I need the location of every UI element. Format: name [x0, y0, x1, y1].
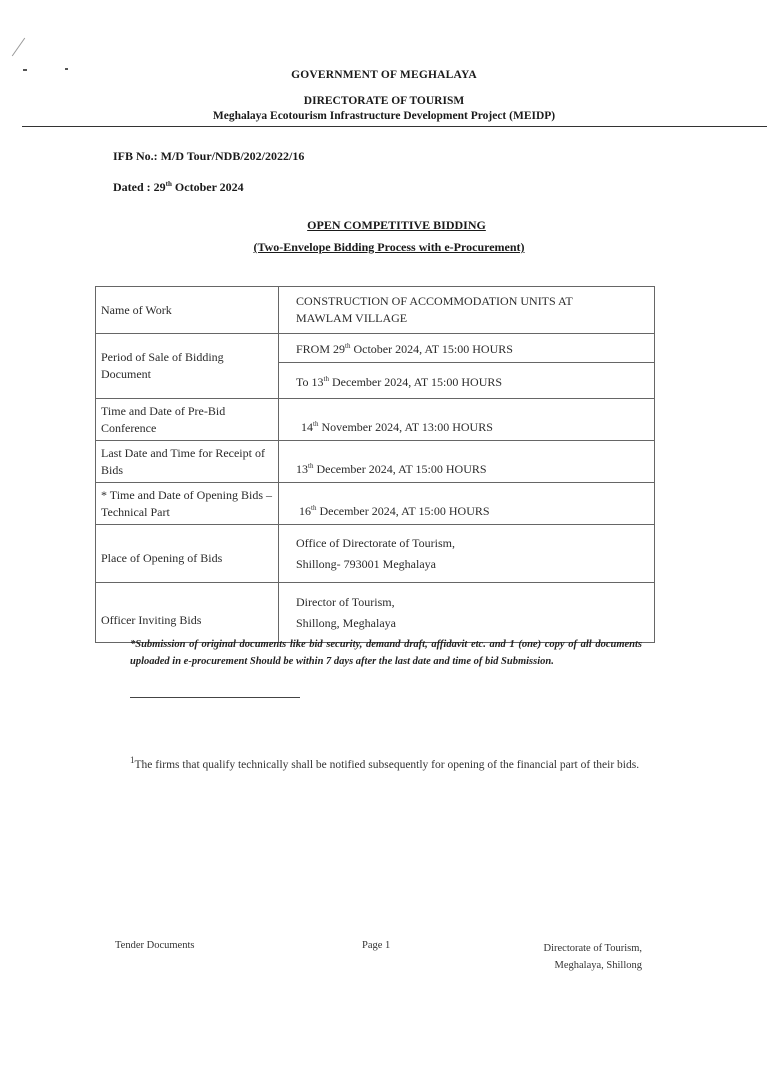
header-divider [22, 126, 767, 127]
table-row: Place of Opening of Bids Office of Direc… [96, 525, 655, 583]
row-value: 16th December 2024, AT 15:00 HOURS [279, 483, 655, 525]
bid-info-table: Name of Work CONSTRUCTION OF ACCOMMODATI… [95, 286, 655, 643]
table-row: Officer Inviting Bids Director of Touris… [96, 583, 655, 643]
footnote: 1The firms that qualify technically shal… [130, 750, 650, 776]
row-label: Time and Date of Pre-Bid Conference [96, 399, 279, 441]
page-number: Page 1 [362, 940, 390, 951]
row-label: Place of Opening of Bids [96, 525, 279, 583]
row-label: Period of Sale of Bidding Document [96, 334, 279, 399]
row-value: 13th December 2024, AT 15:00 HOURS [279, 441, 655, 483]
project-heading: Meghalaya Ecotourism Infrastructure Deve… [0, 110, 768, 122]
table-row: Period of Sale of Bidding Document FROM … [96, 334, 655, 363]
table-row: * Time and Date of Opening Bids – Techni… [96, 483, 655, 525]
row-label: Officer Inviting Bids [96, 583, 279, 643]
row-value: 14th November 2024, AT 13:00 HOURS [279, 399, 655, 441]
submission-note: *Submission of original documents like b… [130, 637, 642, 670]
row-value: Office of Directorate of Tourism, Shillo… [279, 525, 655, 583]
document-subtitle: (Two-Envelope Bidding Process with e-Pro… [0, 240, 768, 255]
table-row: Name of Work CONSTRUCTION OF ACCOMMODATI… [96, 287, 655, 334]
footer-right: Directorate of Tourism, Meghalaya, Shill… [480, 940, 642, 974]
row-value: Director of Tourism, Shillong, Meghalaya [279, 583, 655, 643]
row-label: * Time and Date of Opening Bids – Techni… [96, 483, 279, 525]
government-heading: GOVERNMENT OF MEGHALAYA [0, 69, 768, 81]
directorate-heading: DIRECTORATE OF TOURISM [0, 95, 768, 107]
table-row: Last Date and Time for Receipt of Bids 1… [96, 441, 655, 483]
footnote-divider [130, 697, 300, 698]
row-label: Last Date and Time for Receipt of Bids [96, 441, 279, 483]
document-title: OPEN COMPETITIVE BIDDING [0, 218, 768, 233]
row-value-from: FROM 29th October 2024, AT 15:00 HOURS [279, 334, 655, 363]
row-value: CONSTRUCTION OF ACCOMMODATION UNITS AT M… [279, 287, 655, 334]
dated-line: Dated : 29th October 2024 [113, 180, 244, 195]
footer-left: Tender Documents [115, 940, 194, 951]
row-value-to: To 13th December 2024, AT 15:00 HOURS [279, 363, 655, 399]
table-row: Time and Date of Pre-Bid Conference 14th… [96, 399, 655, 441]
ifb-number: IFB No.: M/D Tour/NDB/202/2022/16 [113, 149, 304, 164]
row-label: Name of Work [96, 287, 279, 334]
scan-mark-slash [12, 38, 25, 57]
